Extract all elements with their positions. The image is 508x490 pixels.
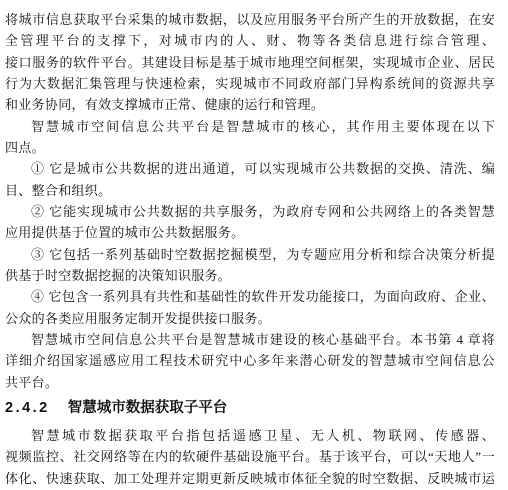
text-line: 智慧城市数据获取平台指包括遥感卫星、无人机、物联网、传感器、移动定位、 [5,425,495,446]
text-line: ① 它是城市公共数据的进出通道，可以实现城市公共数据的交换、清洗、编 [5,158,495,179]
text-line: 接口服务的软件平台。其建设目标是基于城市地理空间框架，实现城市企业、居民 [5,52,495,73]
text-line: 公众的各类应用服务定制开发提供接口服务。 [5,308,495,329]
text-line: 智慧城市空间信息公共平台是智慧城市建设的核心基础平台。本书第 4 章将 [5,329,495,350]
text-line: ③ 它包括一系列基础时空数据挖掘模型，为专题应用分析和综合决策分析提 [5,244,495,265]
text-line: ④ 它包含一系列具有共性和基础性的软件开发功能接口，为面向政府、企业、 [5,286,495,307]
text-line: 将城市信息获取平台采集的城市数据，以及应用服务平台所产生的开放数据，在安 [5,9,495,30]
text-line: 应用提供基于位置的城市公共数据服务。 [5,222,495,243]
text-line: 全管理平台的支撑下，对城市内的人、财、物等各类信息进行综合管理、交换共享和 [5,30,495,51]
text-line: 共平台。 [5,372,495,393]
text-line: 行为大数据汇集管理与快速检索，实现城市不同政府部门异构系统间的资源共享 [5,73,495,94]
body-text-block-2: 智慧城市数据获取平台指包括遥感卫星、无人机、物联网、传感器、移动定位、 视频监控… [5,425,495,489]
text-line: 视频监控、社交网络等在内的软硬件基础设施平台。基于该平台，可以“天地人”一 [5,446,495,467]
section-title: 智慧城市数据获取子平台 [68,400,228,416]
text-line: 供基于时空数据挖掘的决策知识服务。 [5,265,495,286]
text-line: 四点。 [5,137,495,158]
text-line: 目、整合和组织。 [5,180,495,201]
text-line: 和业务协同，有效支撑城市正常、健康的运行和管理。 [5,94,495,115]
text-line: 体化、快速获取、加工处理并定期更新反映城市体征全貌的时空数据、反映城市运 [5,468,495,489]
text-line: 详细介绍国家遥感应用工程技术研究中心多年来潜心研发的智慧城市空间信息公 [5,350,495,371]
page: 将城市信息获取平台采集的城市数据，以及应用服务平台所产生的开放数据，在安 全管理… [0,0,508,490]
text-line: ② 它能实现城市公共数据的共享服务，为政府专网和公共网络上的各类智慧 [5,201,495,222]
text-line: 智慧城市空间信息公共平台是智慧城市的核心，其作用主要体现在以下 [5,116,495,137]
section-heading: 2.4.2 智慧城市数据获取子平台 [5,397,495,419]
section-number: 2.4.2 [5,400,50,416]
body-text-block-1: 将城市信息获取平台采集的城市数据，以及应用服务平台所产生的开放数据，在安 全管理… [5,9,495,393]
